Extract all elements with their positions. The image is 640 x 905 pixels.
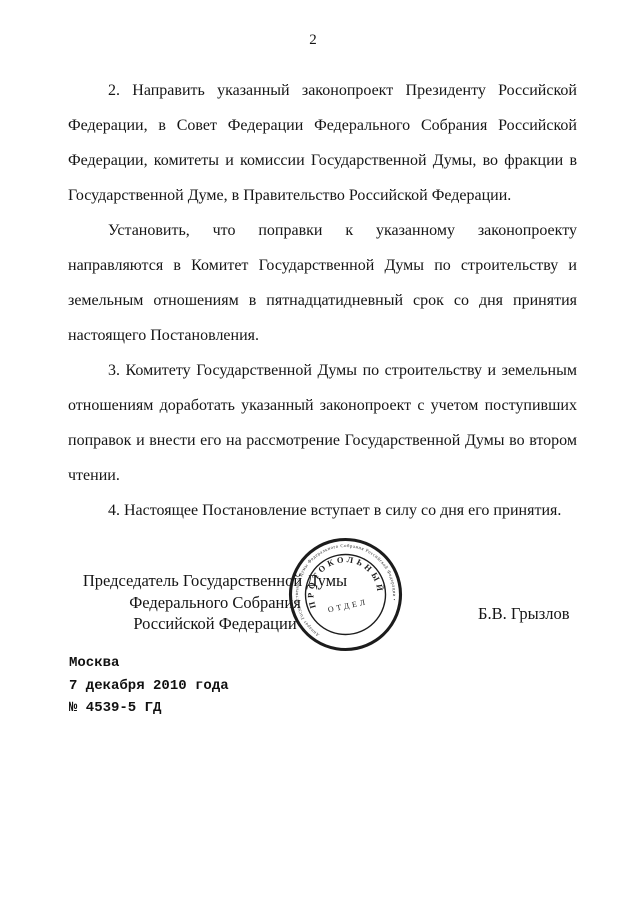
text-line: поправок и внести его на рассмотрение Го… [68,423,577,458]
text-line: 3. Комитету Государственной Думы по стро… [68,353,577,388]
text-line: направляются в Комитет Государственной Д… [68,248,577,283]
text-line: Федерации, комитеты и комиссии Государст… [68,143,577,178]
document-page: 2 2. Направить указанный законопроект Пр… [0,0,640,905]
text-line: чтении. [68,458,577,493]
protocol-department-stamp-icon: Аппарат Государственной Думы Федеральног… [287,536,404,653]
text-line: настоящего Постановления. [68,318,577,353]
stamp-seal-icon: Аппарат Государственной Думы Федеральног… [287,536,404,653]
text-line: Установить, что поправки к указанному за… [68,213,577,248]
footer-date: 7 декабря 2010 года [69,675,229,698]
text-line: 2. Направить указанный законопроект През… [68,73,577,108]
stamp-ring-text: Аппарат Государственной Думы Федеральног… [287,536,403,641]
text-line: земельным отношениям в пятнадцатидневный… [68,283,577,318]
stamp-outer-ring [287,536,404,653]
text-line: Государственной Думе, в Правительство Ро… [68,178,577,213]
text-line: Федерации, в Совет Федерации Федеральног… [68,108,577,143]
footer-doc-number: № 4539-5 ГД [69,697,229,720]
text-line: отношениям доработать указанный законопр… [68,388,577,423]
signer-name: Б.В. Грызлов [478,604,569,624]
svg-text:Аппарат Государственной Думы Ф: Аппарат Государственной Думы Федеральног… [287,536,403,641]
text-line: 4. Настоящее Постановление вступает в си… [68,493,577,528]
footer-block: Москва 7 декабря 2010 года № 4539-5 ГД [69,652,229,720]
footer-city: Москва [69,652,229,675]
document-body: 2. Направить указанный законопроект През… [68,73,577,528]
stamp-center-text: ОТДЕЛ [327,597,369,614]
page-number: 2 [0,32,626,49]
